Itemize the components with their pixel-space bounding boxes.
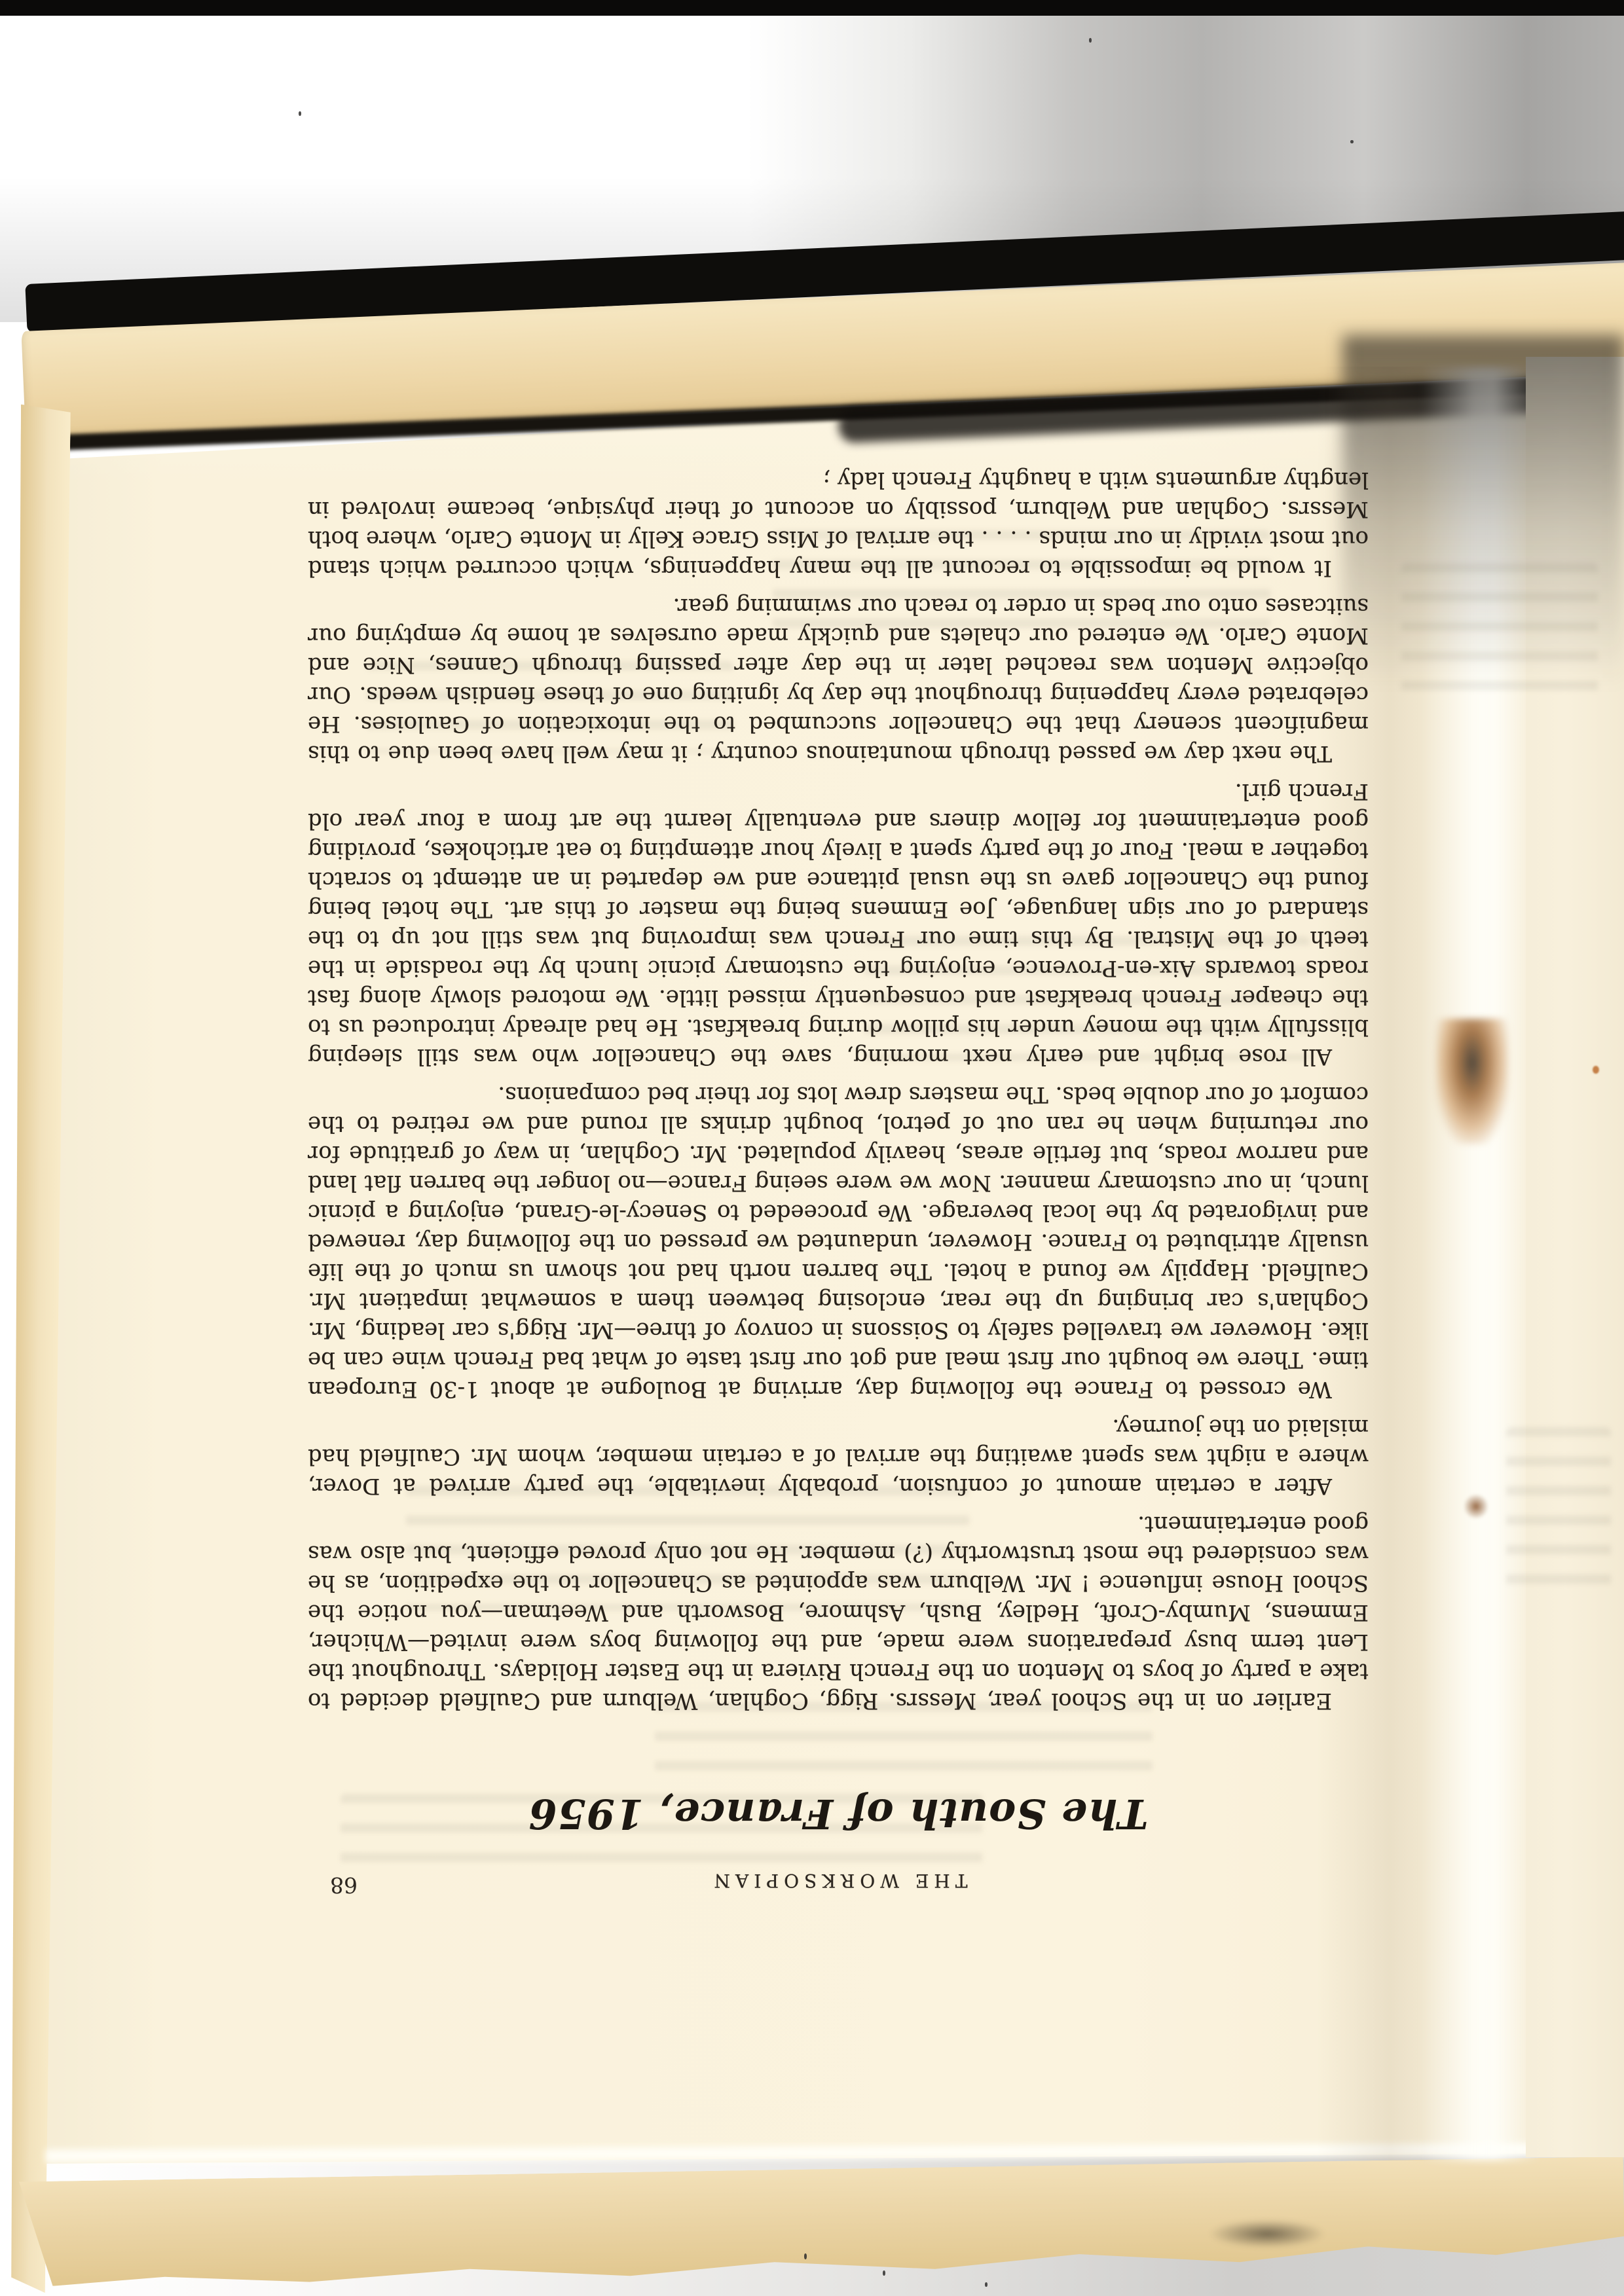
article-paragraph: After a certain amount of confusion, pro…: [308, 1412, 1369, 1501]
ink-speck: [985, 2282, 987, 2287]
ink-speck: [883, 2270, 885, 2276]
scan-edge-black-strip: [0, 0, 1624, 16]
ink-showthrough: [1401, 563, 1598, 707]
stain: [1593, 1066, 1599, 1074]
article-paragraph: Earlier on in the School year, Messrs. R…: [308, 1509, 1369, 1715]
article-paragraph: We crossed to France the following day, …: [308, 1080, 1369, 1404]
running-header: THE WORKSOPIAN: [709, 1870, 968, 1891]
article-paragraph: It would be impossible to recount all th…: [308, 465, 1369, 583]
stain: [1464, 1493, 1488, 1520]
article-title: The South of France, 1956: [308, 1790, 1369, 1838]
ink-speck: [804, 2253, 807, 2259]
ink-showthrough: [1506, 1427, 1611, 1597]
ink-speck: [299, 111, 301, 116]
article-paragraph: The next day we passed through mountaino…: [308, 591, 1369, 768]
stain: [1435, 1019, 1509, 1144]
bottom-edge-smudge: [1208, 2219, 1326, 2248]
scanned-book-photocopy: THE WORKSOPIAN 68 The South of France, 1…: [0, 0, 1624, 2296]
article-body: Earlier on in the School year, Messrs. R…: [308, 465, 1369, 1715]
ink-speck: [1350, 140, 1354, 143]
article-paragraph: All rose bright and early next morning, …: [308, 776, 1369, 1071]
running-header-row: THE WORKSOPIAN 68: [308, 1867, 1369, 1894]
page-number: 68: [330, 1872, 358, 1898]
page-text-block-rotated-180: THE WORKSOPIAN 68 The South of France, 1…: [308, 363, 1369, 1935]
ink-speck: [1089, 38, 1092, 43]
